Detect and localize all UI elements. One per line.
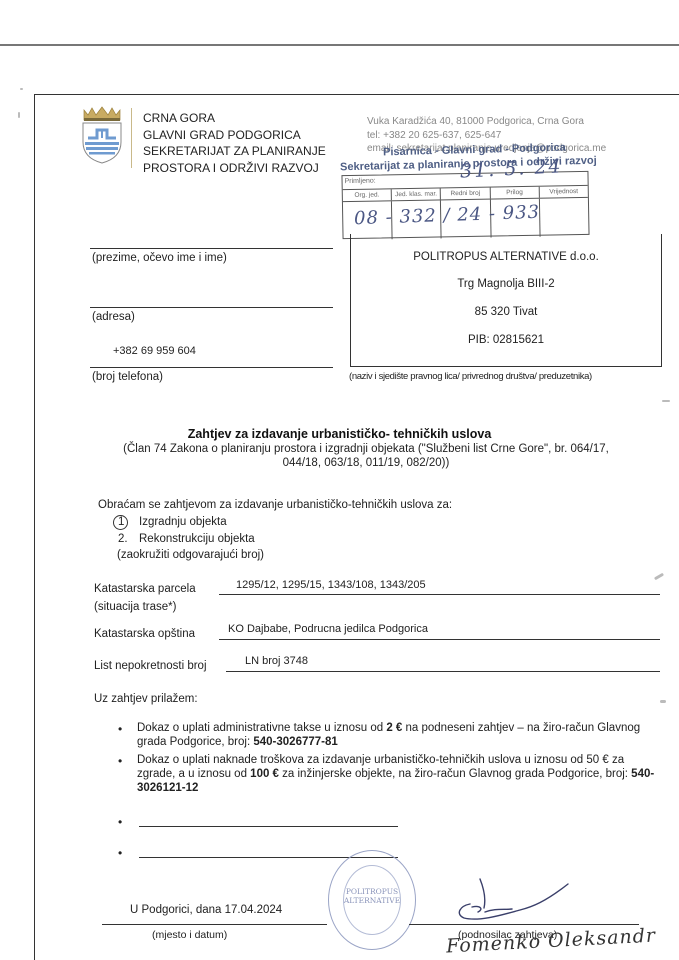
blank-attachment-line-1[interactable]: [139, 826, 398, 827]
ln-label: List nepokretnosti broj: [94, 660, 207, 672]
applicant-phone-value[interactable]: +382 69 959 604: [113, 345, 196, 357]
applicant-name-line: [90, 248, 333, 249]
attachment-1-amount: 2 €: [386, 722, 402, 734]
attachment-item-1: Dokaz o uplati administrativne takse u i…: [137, 721, 652, 749]
parcel-label: Katastarska parcela: [94, 583, 196, 595]
header-divider: [131, 108, 132, 168]
org-line-department: PROSTORA I ODRŽIVI RAZVOJ: [143, 160, 326, 177]
option-1-label: Izgradnju objekta: [139, 516, 227, 528]
frame-left-border: [34, 94, 35, 960]
scan-speck: [662, 400, 670, 402]
attachment-1-account: 540-3026777-81: [253, 736, 337, 748]
document-legal-basis: (Član 74 Zakona o planiranju prostora i …: [86, 442, 646, 470]
applicant-phone-caption: (broj telefona): [92, 371, 163, 383]
options-note: (zaokružiti odgovarajući broj): [117, 549, 264, 561]
contact-address: Vuka Karadžića 40, 81000 Podgorica, Crna…: [367, 115, 606, 129]
option-2-label: Rekonstrukciju objekta: [139, 533, 255, 545]
org-line-city: GLAVNI GRAD PODGORICA: [143, 127, 326, 144]
ln-value[interactable]: LN broj 3748: [245, 655, 308, 667]
scan-speck: [660, 700, 666, 703]
company-street: Trg Magnolja BIII-2: [351, 278, 661, 290]
option-2-number[interactable]: 2.: [118, 533, 128, 545]
scan-speck: [654, 573, 664, 581]
stamp-col-attachment: Prilog: [490, 187, 539, 199]
scan-speck: [18, 112, 20, 118]
parcel-sublabel: (situacija trase*): [94, 601, 176, 613]
company-pib: PIB: 02815621: [351, 334, 661, 346]
place-date-caption: (mjesto i datum): [152, 929, 227, 941]
company-city: 85 320 Tivat: [351, 306, 661, 318]
org-line-secretariat: SEKRETARIJAT ZA PLANIRANJE: [143, 143, 326, 160]
stamp-col-value: Vrijednost: [540, 186, 588, 198]
applicant-phone-line: [90, 367, 333, 368]
signature-line: [409, 924, 639, 925]
frame-top-border: [34, 94, 679, 95]
attachment-1-text-a: Dokaz o uplati administrativne takse u i…: [137, 722, 386, 734]
bullet-icon: •: [118, 815, 122, 829]
bullet-icon: •: [118, 722, 122, 736]
organization-name: CRNA GORA GLAVNI GRAD PODGORICA SEKRETAR…: [143, 110, 326, 176]
place-date-line: [102, 924, 327, 925]
page-top-rule: [0, 44, 679, 46]
municipality-line: [219, 639, 660, 640]
request-intro: Obraćam se zahtjevom za izdavanje urbani…: [98, 499, 452, 511]
bullet-icon: •: [118, 846, 122, 860]
company-seal: POLITROPUS ALTERNATIVE: [328, 850, 416, 950]
contact-phone: tel: +382 20 625-637, 625-647: [367, 129, 606, 143]
legal-basis-line-2: 044/18, 063/18, 011/19, 082/20)): [86, 456, 646, 470]
parcel-line: [219, 594, 660, 595]
bullet-icon: •: [118, 754, 122, 768]
stamp-col-class: Jed. klas. mar.: [392, 188, 441, 200]
parcel-value[interactable]: 1295/12, 1295/15, 1343/108, 1343/205: [236, 579, 426, 591]
company-info-box: POLITROPUS ALTERNATIVE d.o.o. Trg Magnol…: [350, 234, 662, 367]
ln-line: [226, 671, 660, 672]
applicant-name-caption: (prezime, očevo ime i ime): [92, 252, 227, 264]
document-title: Zahtjev za izdavanje urbanističko- tehni…: [0, 427, 679, 441]
attachments-heading: Uz zahtjev prilažem:: [94, 693, 198, 705]
podgorica-crest-icon: [80, 106, 124, 164]
applicant-address-line: [90, 307, 333, 308]
legal-basis-line-1: (Član 74 Zakona o planiranju prostora i …: [86, 442, 646, 456]
stamp-col-org: Org. jed.: [343, 189, 392, 201]
municipality-value[interactable]: KO Dajbabe, Podrucna jedilca Podgorica: [228, 623, 428, 635]
municipality-label: Katastarska opština: [94, 628, 195, 640]
seal-text: POLITROPUS ALTERNATIVE: [329, 887, 415, 905]
applicant-address-caption: (adresa): [92, 311, 135, 323]
scan-speck: [20, 88, 23, 90]
stamp-received-label: Primljeno:: [343, 178, 376, 186]
option-1-number[interactable]: 1: [118, 516, 124, 528]
attachment-2-amount: 100 €: [250, 768, 279, 780]
company-caption: (naziv i sjedište pravnog lica/ privredn…: [349, 371, 592, 382]
org-line-country: CRNA GORA: [143, 110, 326, 127]
stamp-col-number: Redni broj: [441, 188, 490, 200]
attachment-2-text-b: za inžinjerske objekte, na žiro-račun Gl…: [279, 768, 631, 780]
place-date: U Podgorici, dana 17.04.2024: [130, 904, 282, 916]
signature-scribble: [450, 874, 580, 924]
attachment-item-2: Dokaz o uplati naknade troškova za izdav…: [137, 753, 657, 795]
company-name: POLITROPUS ALTERNATIVE d.o.o.: [351, 251, 661, 263]
